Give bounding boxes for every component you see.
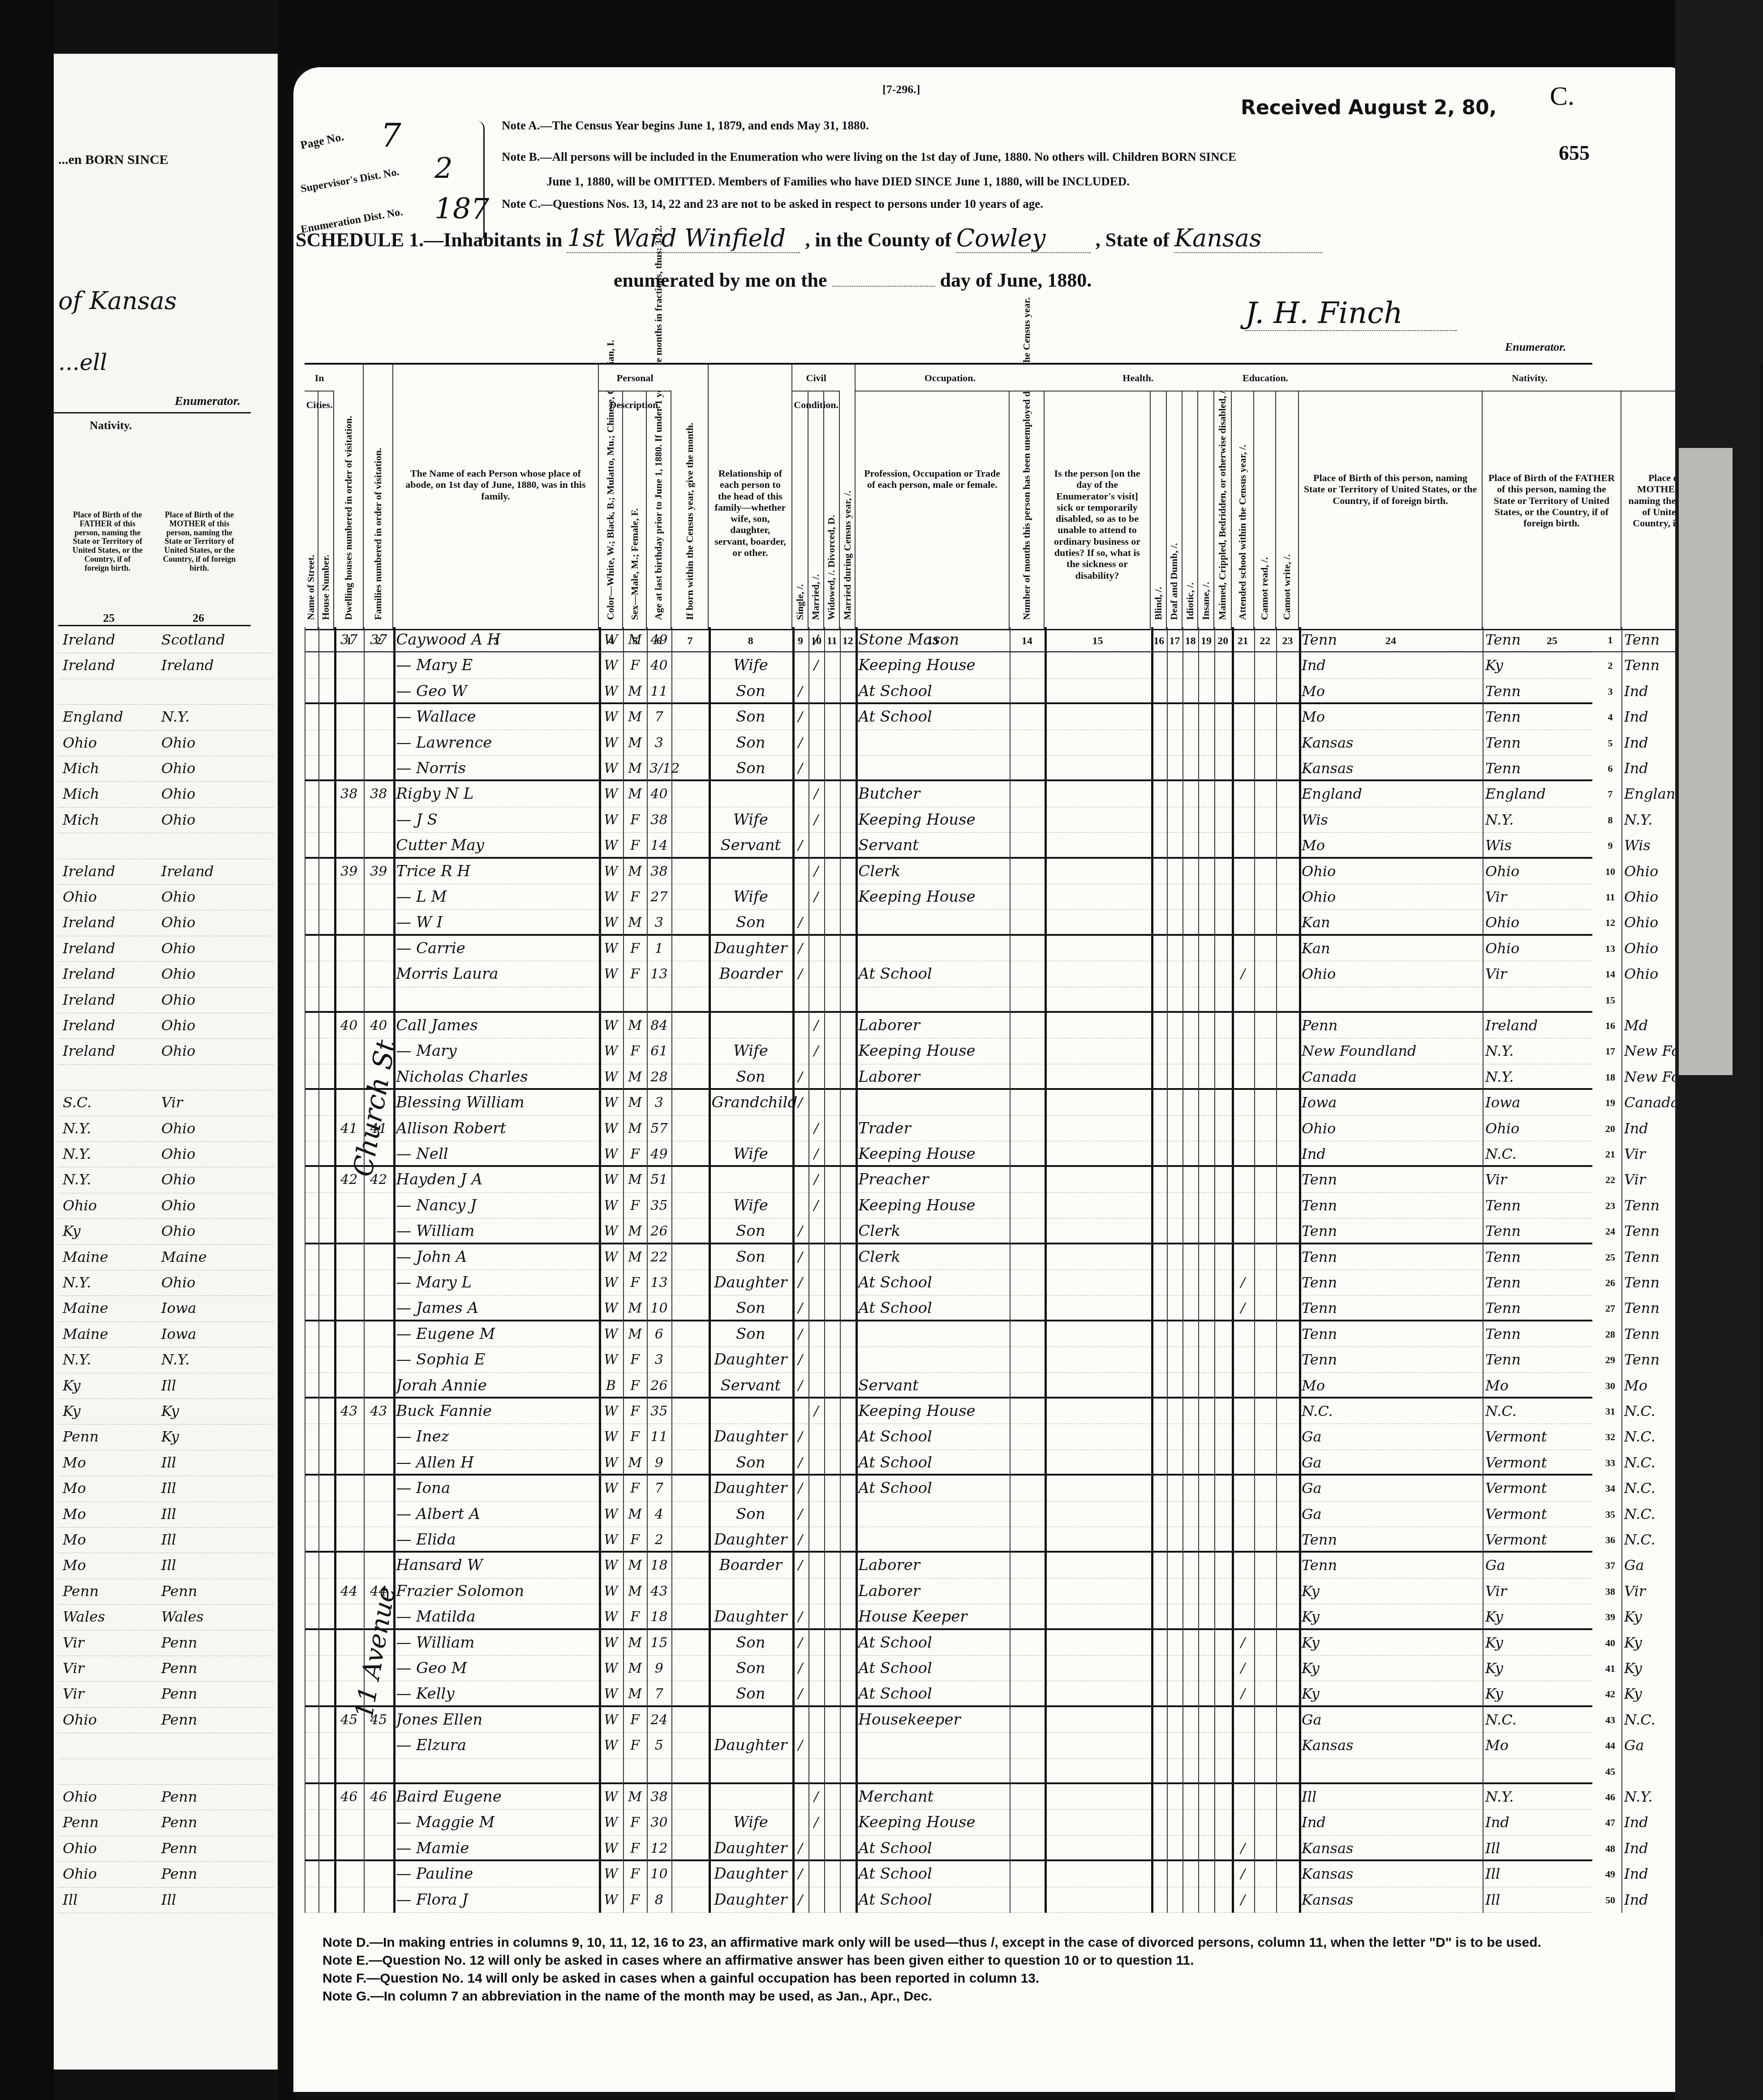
- cell-school: [1234, 1167, 1251, 1192]
- cell-sex: M: [626, 1681, 644, 1707]
- line-number: 23: [1601, 1193, 1619, 1218]
- cell-color: W: [602, 1090, 621, 1115]
- cell-name: Blessing William: [396, 1090, 596, 1115]
- prev-cell-father: Mich: [63, 756, 99, 781]
- cell-name: — Mamie: [396, 1836, 596, 1861]
- cell-name: — William: [396, 1218, 596, 1244]
- cell-school: [1234, 756, 1251, 781]
- column-header-label: House Number.: [320, 555, 331, 620]
- line-number: 48: [1601, 1836, 1619, 1861]
- cell-family: [366, 1553, 391, 1578]
- cell-occupation: [858, 1733, 1007, 1758]
- cell-color: W: [602, 1424, 621, 1450]
- prev-table-row: IrelandOhio: [58, 961, 273, 987]
- prev-table-row: N.Y.Ohio: [58, 1270, 273, 1296]
- prev-table-row: MoIll: [58, 1476, 273, 1502]
- column-header-1: Dwelling houses numbered in order of vis…: [334, 365, 364, 629]
- cell-school: [1234, 1244, 1251, 1270]
- cell-color: W: [602, 653, 621, 678]
- cell-father: Ky: [1485, 1681, 1619, 1707]
- column-header-label: Attended school within the Census year, …: [1237, 444, 1248, 620]
- book-gutter: [278, 0, 296, 2100]
- cell-occupation: [858, 987, 1007, 1013]
- cell-age: 14: [649, 833, 669, 858]
- cell-family: [366, 833, 391, 858]
- line-number: 47: [1601, 1810, 1619, 1835]
- prev-cell-mother: Ohio: [161, 1193, 195, 1218]
- prev-table-row: [58, 1733, 273, 1759]
- cell-color: W: [602, 1141, 621, 1167]
- prev-cell-father: Ohio: [63, 1784, 97, 1810]
- cell-school: [1234, 1347, 1251, 1373]
- cell-relation: Daughter: [711, 1604, 790, 1630]
- cell-sex: F: [626, 1141, 644, 1167]
- cell-color: W: [602, 1681, 621, 1707]
- cell-name: — Mary E: [396, 653, 596, 678]
- cell-married: [811, 1759, 821, 1784]
- cell-school: [1234, 1064, 1251, 1090]
- cell-occupation: House Keeper: [858, 1604, 1007, 1630]
- column-rule: [792, 627, 795, 1913]
- cell-single: [795, 1193, 805, 1218]
- cell-birth: Tenn: [1302, 1193, 1480, 1218]
- cell-sex: F: [626, 1836, 644, 1861]
- cell-family: [366, 987, 391, 1013]
- cell-school: [1234, 1527, 1251, 1553]
- cell-color: W: [602, 833, 621, 858]
- cell-relation: Son: [711, 1218, 790, 1244]
- cell-occupation: Servant: [858, 1373, 1007, 1399]
- line-number: 4: [1601, 704, 1619, 730]
- cell-family: [366, 730, 391, 756]
- column-header-label: If born within the Census year, give the…: [684, 423, 696, 620]
- page-no-label: Page No.: [299, 130, 345, 152]
- book-binding-left: [0, 0, 54, 2100]
- line-number: 18: [1601, 1064, 1619, 1090]
- cell-color: W: [602, 1553, 621, 1578]
- table-row: — CarrieWF1Daughter/KanOhioOhio13: [305, 936, 1592, 961]
- cell-age: 3: [649, 1090, 669, 1115]
- column-header-12: Married during Census year, /.: [840, 365, 856, 629]
- prev-cell-father: Ky: [63, 1373, 81, 1399]
- column-rule: [1276, 627, 1277, 1913]
- cell-single: /: [795, 1321, 805, 1347]
- cell-name: — James A: [396, 1295, 596, 1321]
- cell-name: — Nancy J: [396, 1193, 596, 1218]
- cell-single: /: [795, 1527, 805, 1553]
- cell-family: [366, 936, 391, 961]
- cell-married: [811, 1347, 821, 1373]
- cell-single: /: [795, 1604, 805, 1630]
- cell-father: Tenn: [1485, 1347, 1619, 1373]
- prev-table-row: IrelandOhio: [58, 1013, 273, 1039]
- cell-name: Allison Robert: [396, 1116, 596, 1141]
- column-rule: [1760, 363, 1763, 1936]
- cell-father: Tenn: [1485, 730, 1619, 756]
- cell-married: /: [811, 884, 821, 910]
- column-rule: [671, 627, 672, 1913]
- cell-name: — Lawrence: [396, 730, 596, 756]
- cell-family: 46: [366, 1784, 391, 1810]
- cell-color: W: [602, 1270, 621, 1295]
- cell-color: W: [602, 730, 621, 756]
- cell-school: [1234, 1784, 1251, 1810]
- prev-cell-mother: Ohio: [161, 1167, 195, 1192]
- line-number: 1: [1601, 627, 1619, 653]
- cell-relation: [711, 987, 790, 1013]
- cell-color: [602, 987, 621, 1013]
- table-row: — ElzuraWF5Daughter/KansasMoGa44: [305, 1733, 1592, 1758]
- prev-table-row: IllIll: [58, 1887, 273, 1913]
- cell-occupation: Laborer: [858, 1064, 1007, 1090]
- cell-single: /: [795, 1476, 805, 1501]
- cell-married: [811, 1321, 821, 1347]
- cell-family: [366, 1193, 391, 1218]
- cell-sex: M: [626, 1579, 644, 1604]
- cell-relation: [711, 1707, 790, 1733]
- cell-name: — Pauline: [396, 1861, 596, 1887]
- cell-family: [366, 1502, 391, 1527]
- cell-single: [795, 1013, 805, 1038]
- cell-birth: Ohio: [1302, 859, 1480, 884]
- cell-single: [795, 1579, 805, 1604]
- cell-sex: F: [626, 1038, 644, 1064]
- line-number: 22: [1601, 1167, 1619, 1192]
- line-number: 42: [1601, 1681, 1619, 1707]
- cell-sex: M: [626, 1295, 644, 1321]
- prev-cell-father: Penn: [63, 1579, 99, 1604]
- table-row: 3838Rigby N LWM40/ButcherEnglandEnglandE…: [305, 781, 1592, 807]
- cell-birth: Ohio: [1302, 884, 1480, 910]
- cell-married: [811, 1527, 821, 1553]
- table-row: — WallaceWM7Son/At SchoolMoTennInd4: [305, 704, 1592, 730]
- line-number: 14: [1601, 961, 1619, 987]
- line-number: 43: [1601, 1707, 1619, 1733]
- table-row: — MaryWF61Wife/Keeping HouseNew Foundlan…: [305, 1038, 1592, 1064]
- cell-single: /: [795, 1836, 805, 1861]
- cell-dwelling: [337, 730, 361, 756]
- prev-table-row: OhioPenn: [58, 1836, 273, 1862]
- cell-family: [366, 1810, 391, 1835]
- line-number: 7: [1601, 781, 1619, 807]
- enumerated-line: enumerated by me on the day of June, 188…: [614, 269, 1092, 292]
- cell-color: B: [602, 1373, 621, 1399]
- cell-sex: F: [626, 1476, 644, 1501]
- cell-married: [811, 704, 821, 730]
- cell-occupation: At School: [858, 1450, 1007, 1476]
- cell-color: W: [602, 1502, 621, 1527]
- column-rule: [824, 627, 825, 1913]
- cell-age: 43: [649, 1579, 669, 1604]
- cell-birth: Penn: [1302, 1013, 1480, 1038]
- cell-single: /: [795, 1090, 805, 1115]
- cell-color: W: [602, 1450, 621, 1476]
- cell-dwelling: [337, 756, 361, 781]
- prev-cell-father: Wales: [63, 1604, 105, 1630]
- cell-sex: M: [626, 730, 644, 756]
- cell-married: /: [811, 859, 821, 884]
- cell-birth: Mo: [1302, 679, 1480, 704]
- cell-school: [1234, 704, 1251, 730]
- note-b-line1: Note B.—All persons will be included in …: [502, 150, 1236, 164]
- cell-age: 7: [649, 1681, 669, 1707]
- cell-family: [366, 807, 391, 833]
- cell-school: [1234, 884, 1251, 910]
- cell-sex: M: [626, 1450, 644, 1476]
- cell-school: [1234, 1141, 1251, 1167]
- cell-age: 3: [649, 730, 669, 756]
- prev-table-row: PennPenn: [58, 1810, 273, 1836]
- line-number: 36: [1601, 1527, 1619, 1553]
- cell-occupation: At School: [858, 1656, 1007, 1681]
- table-row: — PaulineWF10Daughter/At School/KansasIl…: [305, 1861, 1592, 1887]
- column-header-20: Maimed, Crippled, Bedridden, or otherwis…: [1214, 365, 1232, 629]
- cell-single: /: [795, 910, 805, 935]
- cell-age: 11: [649, 1424, 669, 1450]
- cell-occupation: [858, 1502, 1007, 1527]
- cell-birth: Tenn: [1302, 1218, 1480, 1244]
- prev-table-row: IrelandScotland: [58, 627, 273, 653]
- cell-relation: Grandchild: [711, 1090, 790, 1115]
- cell-single: /: [795, 1064, 805, 1090]
- cell-occupation: At School: [858, 1476, 1007, 1501]
- prev-table-row: MichOhio: [58, 807, 273, 833]
- cell-father: Vermont: [1485, 1424, 1619, 1450]
- table-row: Blessing WilliamWM3Grandchild/IowaIowaCa…: [305, 1090, 1592, 1115]
- cell-single: /: [795, 1295, 805, 1321]
- cell-school: /: [1234, 1630, 1251, 1656]
- cell-age: 15: [649, 1630, 669, 1656]
- table-row: — J SWF38Wife/Keeping HouseWisN.Y.N.Y.8: [305, 807, 1592, 833]
- cell-occupation: Clerk: [858, 859, 1007, 884]
- cell-color: W: [602, 679, 621, 704]
- cell-occupation: Keeping House: [858, 1193, 1007, 1218]
- cell-married: /: [811, 627, 821, 653]
- column-rule: [1621, 627, 1622, 1913]
- prev-cell-father: Ohio: [63, 1193, 97, 1218]
- cell-occupation: [858, 1527, 1007, 1553]
- cell-school: [1234, 1218, 1251, 1244]
- cell-family: [366, 756, 391, 781]
- line-number: 25: [1601, 1244, 1619, 1270]
- line-number: 46: [1601, 1784, 1619, 1810]
- cell-age: 3: [649, 1347, 669, 1373]
- cell-dwelling: [337, 1193, 361, 1218]
- cell-name: Hansard W: [396, 1553, 596, 1578]
- column-group-personal: Personal Description.: [599, 365, 671, 392]
- cell-married: /: [811, 1013, 821, 1038]
- cell-school: /: [1234, 1656, 1251, 1681]
- cell-relation: Son: [711, 1656, 790, 1681]
- column-header-17: Deaf and Dumb, /.: [1167, 365, 1182, 629]
- cell-age: 7: [649, 1476, 669, 1501]
- cell-single: [795, 1116, 805, 1141]
- cell-relation: [711, 1759, 790, 1784]
- cell-married: [811, 1579, 821, 1604]
- cell-age: 8: [649, 1887, 669, 1913]
- enumerated-day: [832, 286, 935, 287]
- prev-table-row: IrelandOhio: [58, 936, 273, 962]
- cell-father: N.C.: [1485, 1707, 1619, 1733]
- cell-school: [1234, 859, 1251, 884]
- cell-married: /: [811, 1810, 821, 1835]
- line-number: 19: [1601, 1090, 1619, 1115]
- cell-name: — W I: [396, 910, 596, 935]
- cell-name: — Kelly: [396, 1681, 596, 1707]
- cell-relation: Son: [711, 1681, 790, 1707]
- cell-relation: Servant: [711, 833, 790, 858]
- prev-table-row: IrelandOhio: [58, 1038, 273, 1064]
- cell-age: 35: [649, 1399, 669, 1424]
- prev-cell-father: Mich: [63, 807, 99, 833]
- cell-married: [811, 1502, 821, 1527]
- prev-cell-mother: Ireland: [161, 859, 214, 884]
- cell-married: [811, 679, 821, 704]
- prev-cell-mother: Ohio: [161, 1038, 195, 1064]
- prev-table-row: MoIll: [58, 1450, 273, 1476]
- cell-sex: M: [626, 1502, 644, 1527]
- note-a: Note A.—The Census Year begins June 1, 1…: [502, 119, 869, 133]
- prev-cell-father: Ireland: [63, 1013, 115, 1038]
- cell-birth: Tenn: [1302, 1527, 1480, 1553]
- prev-cell-mother: Vir: [161, 1090, 183, 1115]
- cell-school: [1234, 1193, 1251, 1218]
- cell-father: Vermont: [1485, 1476, 1619, 1501]
- table-row: 45: [305, 1759, 1592, 1784]
- cell-family: [366, 1270, 391, 1295]
- column-header-label: Cannot write, /.: [1281, 554, 1293, 620]
- cell-sex: F: [626, 936, 644, 961]
- cell-relation: Son: [711, 704, 790, 730]
- cell-married: [811, 1244, 821, 1270]
- prev-cell-mother: Wales: [161, 1604, 204, 1630]
- cell-single: [795, 1399, 805, 1424]
- cell-birth: Ky: [1302, 1579, 1480, 1604]
- cell-dwelling: [337, 1502, 361, 1527]
- cell-birth: Ind: [1302, 1810, 1480, 1835]
- prev-mother-header: Place of Birth of the MOTHER of this per…: [161, 511, 237, 573]
- line-number: 8: [1601, 807, 1619, 833]
- prev-cell-mother: Penn: [161, 1784, 197, 1810]
- table-row: Hansard WWM18Boarder/LaborerTennGaGa37: [305, 1553, 1592, 1578]
- prev-table-row: EnglandN.Y.: [58, 704, 273, 730]
- cell-color: W: [602, 807, 621, 833]
- cell-birth: Tenn: [1302, 1321, 1480, 1347]
- cell-age: 49: [649, 1141, 669, 1167]
- cell-married: /: [811, 653, 821, 678]
- cell-color: W: [602, 1116, 621, 1141]
- prev-cell-mother: Ohio: [161, 936, 195, 961]
- cell-occupation: Keeping House: [858, 1399, 1007, 1424]
- column-rule: [334, 627, 336, 1913]
- cell-father: Tenn: [1485, 1295, 1619, 1321]
- cell-father: Wis: [1485, 833, 1619, 858]
- prev-cell-mother: Ky: [161, 1424, 179, 1450]
- column-header-label: Maimed, Crippled, Bedridden, or otherwis…: [1217, 388, 1228, 620]
- cell-married: [811, 1553, 821, 1578]
- prev-cell-mother: Scotland: [161, 627, 225, 653]
- cell-father: Ill: [1485, 1836, 1619, 1861]
- table-row: 4040Call JamesWM84/LaborerPennIrelandMd1…: [305, 1013, 1592, 1038]
- cell-father: Vir: [1485, 884, 1619, 910]
- cell-dwelling: [337, 1836, 361, 1861]
- column-rule: [305, 627, 305, 1913]
- cell-age: 57: [649, 1116, 669, 1141]
- table-row: — IonaWF7Daughter/At SchoolGaVermontN.C.…: [305, 1476, 1592, 1501]
- cell-age: 22: [649, 1244, 669, 1270]
- county-label: , in the County of: [805, 229, 951, 251]
- cell-father: Vermont: [1485, 1527, 1619, 1553]
- cell-dwelling: [337, 1218, 361, 1244]
- cell-married: [811, 1630, 821, 1656]
- cell-family: [366, 1861, 391, 1887]
- cell-married: [811, 756, 821, 781]
- prev-cell-father: Ireland: [63, 859, 115, 884]
- cell-age: 38: [649, 807, 669, 833]
- prev-cell-father: Ohio: [63, 1707, 97, 1733]
- cell-color: W: [602, 1013, 621, 1038]
- cell-father: N.Y.: [1485, 807, 1619, 833]
- cell-family: 43: [366, 1399, 391, 1424]
- table-row: — WilliamWM26Son/ClerkTennTennTenn24: [305, 1218, 1592, 1244]
- column-header-label: Sex—Male, M.; Female, F.: [629, 508, 641, 620]
- cell-school: [1234, 833, 1251, 858]
- table-row: Morris LauraWF13Boarder/At School/OhioVi…: [305, 961, 1592, 987]
- cell-married: /: [811, 1038, 821, 1064]
- line-number: 24: [1601, 1218, 1619, 1244]
- cell-birth: Tenn: [1302, 1244, 1480, 1270]
- cell-name: — Geo W: [396, 679, 596, 704]
- prev-cell-father: Penn: [63, 1810, 99, 1835]
- cell-family: 40: [366, 1013, 391, 1038]
- cell-sex: F: [626, 833, 644, 858]
- prev-table-row: IrelandIreland: [58, 653, 273, 679]
- cell-dwelling: [337, 1347, 361, 1373]
- prev-cell-mother: Ohio: [161, 807, 195, 833]
- cell-age: 38: [649, 859, 669, 884]
- cell-color: W: [602, 1656, 621, 1681]
- prev-cell-father: Ireland: [63, 653, 115, 678]
- cell-birth: Tenn: [1302, 1295, 1480, 1321]
- cell-occupation: Stone Mason: [858, 627, 1007, 653]
- cell-family: [366, 884, 391, 910]
- cell-family: [366, 1321, 391, 1347]
- cell-family: 37: [366, 627, 391, 653]
- note-d: Note D.—In making entries in columns 9, …: [322, 1935, 1541, 1950]
- cell-father: Tenn: [1485, 1193, 1619, 1218]
- column-header-label: Number of months this person has been un…: [1021, 297, 1032, 620]
- cell-name: Call James: [396, 1013, 596, 1038]
- prev-cell-mother: Ohio: [161, 884, 195, 910]
- cell-family: [366, 704, 391, 730]
- cell-sex: F: [626, 653, 644, 678]
- cell-birth: Kan: [1302, 936, 1480, 961]
- cell-sex: F: [626, 807, 644, 833]
- cell-relation: [711, 859, 790, 884]
- column-rule: [808, 627, 809, 1913]
- cell-age: 26: [649, 1373, 669, 1399]
- scan-background: [278, 0, 1680, 67]
- prev-cell-father: Ireland: [63, 961, 115, 987]
- cell-age: 11: [649, 679, 669, 704]
- cell-name: — Carrie: [396, 936, 596, 961]
- cell-married: [811, 1270, 821, 1295]
- prev-cell-mother: Penn: [161, 1681, 197, 1707]
- prev-cell-father: England: [63, 704, 123, 730]
- cell-dwelling: [337, 1424, 361, 1450]
- cell-dwelling: 38: [337, 781, 361, 807]
- column-header-label: Cannot read, /.: [1259, 557, 1270, 620]
